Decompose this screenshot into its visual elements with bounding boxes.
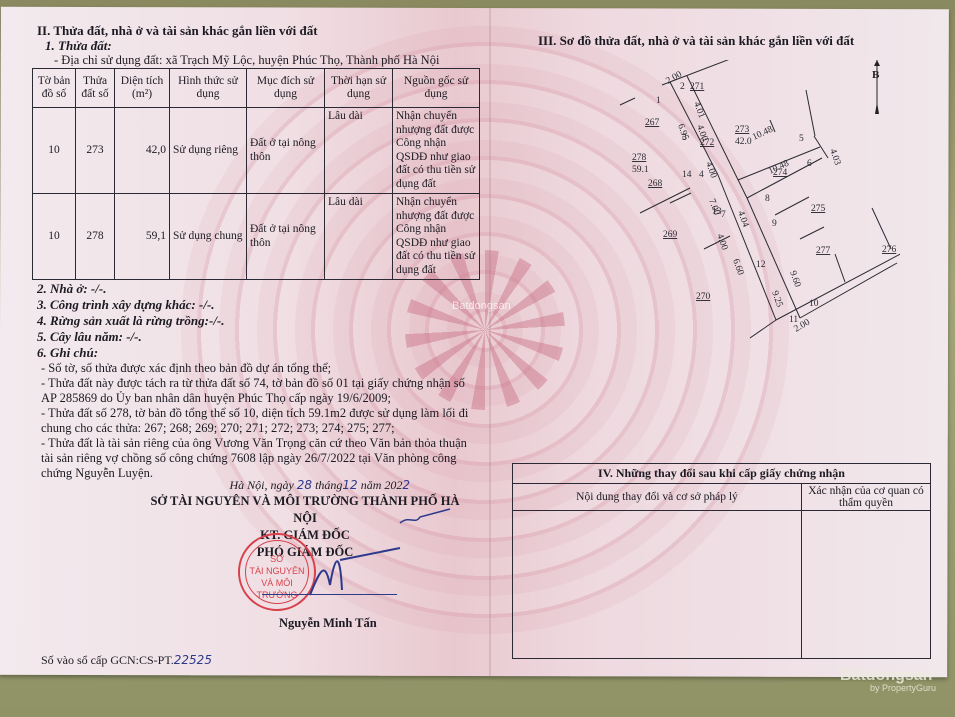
issue-day: 28 [297,478,312,492]
cell-origin: Nhận chuyển nhượng đất được Công nhận QS… [393,194,480,280]
cell-usage-form: Sử dụng riêng [170,108,247,194]
svg-text:5: 5 [799,134,804,144]
land-parcel-heading: 1. Thửa đất: [45,38,112,54]
svg-text:4.04: 4.04 [735,210,750,229]
svg-text:8: 8 [765,194,770,204]
cell-origin: Nhận chuyển nhượng đất được Công nhận QS… [393,108,480,194]
note-line: - Thửa đất số 278, tờ bản đồ tổng thể số… [37,406,481,436]
cell-area: 59,1 [115,194,170,280]
item-other-construction: 3. Công trình xây dựng khác: -/-. [37,297,481,313]
col-usage-form: Hình thức sử dụng [170,69,247,108]
svg-text:4.03: 4.03 [827,148,842,167]
svg-text:269: 269 [663,230,678,240]
cell-purpose: Đất ở tại nông thôn [247,108,325,194]
svg-text:268: 268 [648,179,663,189]
batdongsan-watermark: Batdongsan by PropertyGuru [840,667,936,693]
issue-month: 12 [342,478,357,492]
table-row: 10 273 42,0 Sử dụng riêng Đất ở tại nông… [33,108,480,194]
signature-line [262,594,397,595]
svg-text:9.60: 9.60 [787,270,802,289]
item-notes-heading: 6. Ghi chú: [37,345,481,361]
item-production-forest: 4. Rừng sản xuất là rừng trồng:-/-. [37,313,481,329]
svg-text:9: 9 [772,219,777,229]
note-line: - Thửa đất này được tách ra từ thửa đất … [37,376,481,406]
svg-text:276: 276 [882,245,897,255]
note-line: - Thửa đất là tài sản riêng của ông Vươn… [37,436,481,481]
col-parcel-no: Thửa đất số [76,69,115,108]
watermark-by: by PropertyGuru [870,683,936,693]
cell-area: 42,0 [115,108,170,194]
svg-text:6.95: 6.95 [675,123,690,142]
svg-text:12: 12 [756,260,766,270]
svg-text:271: 271 [690,82,705,92]
col-term: Thời hạn sử dụng [325,69,393,108]
note-line: - Số tờ, số thửa được xác định theo bản … [37,361,481,376]
section4-title: IV. Những thay đổi sau khi cấp giấy chứn… [513,464,931,484]
cell-map-sheet: 10 [33,108,76,194]
svg-text:7.00: 7.00 [706,198,721,217]
svg-text:267: 267 [645,118,660,128]
svg-text:2: 2 [680,82,685,92]
svg-text:273: 273 [735,125,750,135]
cell-purpose: Đất ở tại nông thôn [247,194,325,280]
col-map-sheet: Tờ bản đồ số [33,69,76,108]
parcel-sketch-map: 26726826927027127227327427527627727842.0… [590,60,900,340]
changes-table: IV. Những thay đổi sau khi cấp giấy chứn… [512,463,931,659]
table-row: 10 278 59,1 Sử dụng chung Đất ở tại nông… [33,194,480,280]
watermark-brand: Batdongsan [840,667,932,684]
svg-text:10: 10 [809,299,819,309]
watermark-center: Batdongsan [452,300,511,312]
handwritten-signature-icon [300,540,410,600]
change-content-cell [513,511,802,659]
col-authority-confirmation: Xác nhận của cơ quan có thẩm quyền [802,484,931,511]
cell-parcel-no: 278 [76,194,115,280]
issue-year-digit: 2 [402,478,410,492]
svg-text:14: 14 [682,170,692,180]
svg-text:42.0: 42.0 [735,137,752,147]
svg-text:4.01: 4.01 [691,101,706,120]
svg-text:270: 270 [696,292,711,302]
col-origin: Nguồn gốc sử dụng [393,69,480,108]
authority-confirmation-cell [802,511,931,659]
initial-mark-icon [395,505,455,530]
signer-name: Nguyễn Minh Tấn [279,616,377,631]
item-house: 2. Nhà ở: -/-. [37,281,481,297]
svg-text:10.48: 10.48 [751,125,775,143]
cell-term: Lâu dài [325,194,393,280]
section2-title: II. Thửa đất, nhà ở và tài sản khác gắn … [37,23,318,39]
svg-text:4.00: 4.00 [694,124,709,143]
col-purpose: Mục đích sử dụng [247,69,325,108]
svg-text:1: 1 [656,96,661,106]
svg-text:4: 4 [699,170,704,180]
svg-text:6: 6 [807,159,812,169]
svg-text:275: 275 [811,204,826,214]
page-fold [489,8,491,676]
col-change-content: Nội dung thay đổi và cơ sở pháp lý [513,484,802,511]
section3-title: III. Sơ đồ thửa đất, nhà ở và tài sản kh… [538,33,854,49]
registration-number: Số vào sổ cấp GCN:CS-PT.22525 [41,653,212,668]
svg-text:59.1: 59.1 [632,165,649,175]
svg-text:6.60: 6.60 [730,258,745,277]
cell-term: Lâu dài [325,108,393,194]
cell-parcel-no: 273 [76,108,115,194]
land-address: - Địa chỉ sử dụng đất: xã Trạch Mỹ Lộc, … [54,53,439,68]
cell-map-sheet: 10 [33,194,76,280]
other-assets-and-notes: 2. Nhà ở: -/-. 3. Công trình xây dựng kh… [37,281,481,481]
cell-usage-form: Sử dụng chung [170,194,247,280]
issue-date: Hà Nội, ngày 28 tháng12 năm 2022 [140,478,470,493]
svg-text:7: 7 [721,210,726,220]
item-perennial-trees: 5. Cây lâu năm: -/-. [37,329,481,345]
land-parcel-table: Tờ bản đồ số Thửa đất số Diện tích (m²) … [32,68,480,280]
col-area: Diện tích (m²) [115,69,170,108]
svg-text:4.00: 4.00 [703,161,718,180]
svg-text:9.25: 9.25 [769,290,784,309]
svg-text:278: 278 [632,153,647,163]
svg-text:4.00: 4.00 [714,233,729,252]
svg-text:277: 277 [816,246,831,256]
